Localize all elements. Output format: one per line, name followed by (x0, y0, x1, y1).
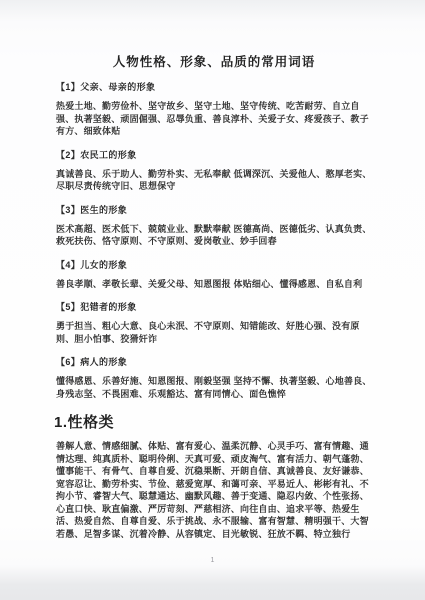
section-label: 【1】父亲、母亲的形象 (56, 82, 372, 93)
section-label: 【6】病人的形象 (56, 357, 372, 368)
document-title: 人物性格、形象、品质的常用词语 (56, 54, 372, 70)
section-words: 热爱土地、勤劳俭朴、坚守故乡、坚守土地、坚守传统、吃苦耐劳、自立自强、执著坚毅、… (56, 100, 372, 138)
section-words: 勇于担当、粗心大意、良心未泯、不守原则、知错能改、好胜心强、没有原则、胆小怕事、… (56, 320, 372, 345)
section-children: 【4】儿女的形象 善良孝顺、孝敬长辈、关爱父母、知恩图报 体贴细心、懂得感恩、自… (56, 260, 372, 291)
category-words: 善解人意、情感细腻、体贴、富有爱心、温柔沉静、心灵手巧、富有情趣、通情达理、纯真… (56, 440, 372, 540)
section-doctors: 【3】医生的形象 医术高超、医术低下、兢兢业业、默默奉献 医德高尚、医德低劣、认… (56, 205, 372, 248)
section-words: 真诚善良、乐于助人、勤劳朴实、无私奉献 低调深沉、关爱他人、憨厚老实、尽职尽责传… (56, 168, 372, 193)
section-words: 懂得感恩、乐善好施、知恩图报、刚毅坚强 坚持不懈、执著坚毅、心地善良、身残志坚、… (56, 375, 372, 400)
page-number: 1 (0, 557, 425, 564)
section-words: 善良孝顺、孝敬长辈、关爱父母、知恩图报 体贴细心、懂得感恩、自私自利 (56, 278, 372, 291)
section-patients: 【6】病人的形象 懂得感恩、乐善好施、知恩图报、刚毅坚强 坚持不懈、执著坚毅、心… (56, 357, 372, 400)
section-wrongdoers: 【5】犯错者的形象 勇于担当、粗心大意、良心未泯、不守原则、知错能改、好胜心强、… (56, 302, 372, 345)
section-label: 【5】犯错者的形象 (56, 302, 372, 313)
category-heading: 1.性格类 (54, 414, 372, 431)
document-content: 人物性格、形象、品质的常用词语 【1】父亲、母亲的形象 热爱土地、勤劳俭朴、坚守… (56, 0, 372, 540)
section-fathers-mothers: 【1】父亲、母亲的形象 热爱土地、勤劳俭朴、坚守故乡、坚守土地、坚守传统、吃苦耐… (56, 82, 372, 138)
section-words: 医术高超、医术低下、兢兢业业、默默奉献 医德高尚、医德低劣、认真负责、救死扶伤、… (56, 223, 372, 248)
section-label: 【4】儿女的形象 (56, 260, 372, 271)
section-label: 【2】农民工的形象 (56, 150, 372, 161)
section-label: 【3】医生的形象 (56, 205, 372, 216)
section-migrant-workers: 【2】农民工的形象 真诚善良、乐于助人、勤劳朴实、无私奉献 低调深沉、关爱他人、… (56, 150, 372, 193)
document-page: 人物性格、形象、品质的常用词语 【1】父亲、母亲的形象 热爱土地、勤劳俭朴、坚守… (0, 0, 425, 600)
